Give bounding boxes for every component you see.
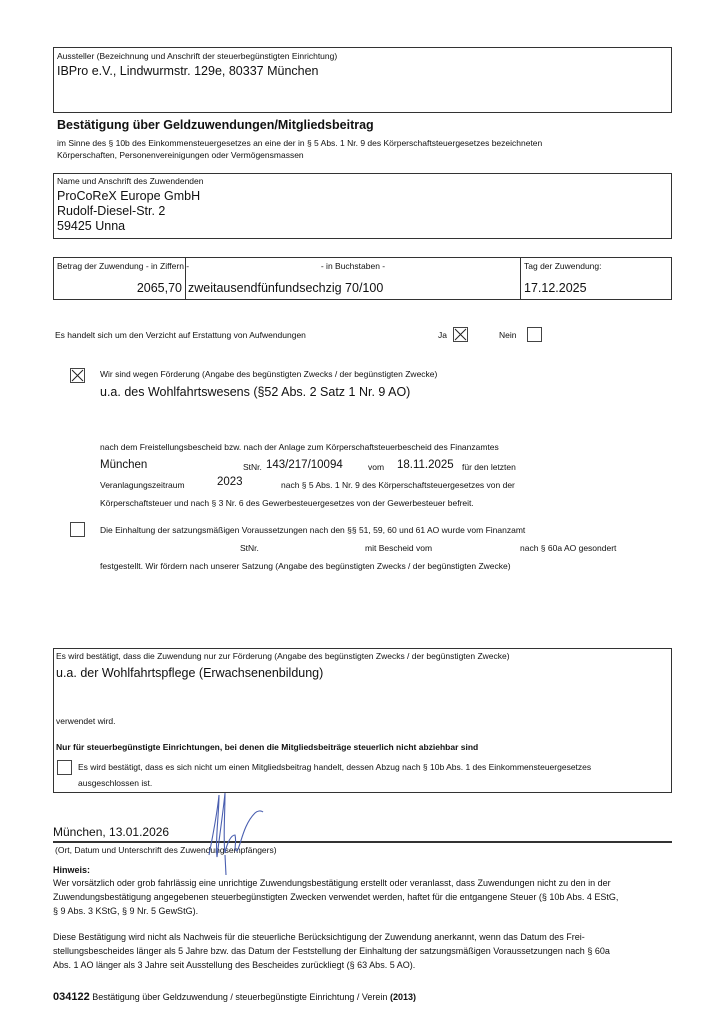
donor-street[interactable]: Rudolf-Diesel-Str. 2 [57, 204, 165, 218]
amount-date-value[interactable]: 17.12.2025 [524, 281, 587, 295]
option1-purpose[interactable]: u.a. des Wohlfahrtswesens (§52 Abs. 2 Sa… [100, 385, 410, 399]
option2-line-c: festgestellt. Wir fördern nach unserer S… [100, 561, 511, 571]
footer-form-number: 034122 [53, 991, 90, 1003]
option1-period-label: Veranlagungszeitraum [100, 480, 185, 490]
amount-digits-label: Betrag der Zuwendung - in Ziffern - [57, 261, 189, 271]
x-mark-icon [454, 328, 467, 341]
notice-para2-line1: Diese Bestätigung wird nicht als Nachwei… [53, 931, 585, 945]
option1-stnr-value[interactable]: 143/217/10094 [266, 459, 343, 471]
waiver-yes-checkbox[interactable] [453, 327, 468, 342]
subtitle-line1: im Sinne des § 10b des Einkommensteuerge… [57, 138, 542, 148]
option1-vom-label: vom [368, 462, 384, 472]
option2-stnr-label: StNr. [240, 543, 259, 553]
amount-words-value[interactable]: zweitausendfünfundsechzig 70/100 [188, 281, 383, 295]
amount-digits-value[interactable]: 2065,70 [57, 281, 182, 295]
option1-label: Wir sind wegen Förderung (Angabe des beg… [100, 369, 437, 379]
option2-bescheid-label: mit Bescheid vom [365, 543, 432, 553]
donor-label: Name und Anschrift des Zuwendenden [57, 176, 203, 186]
x-mark-icon [71, 369, 84, 382]
footer-year: (2013) [390, 992, 416, 1002]
signature-place-date[interactable]: München, 13.01.2026 [53, 825, 169, 839]
membership-heading: Nur für steuerbegünstigte Einrichtungen,… [56, 742, 478, 752]
waiver-no-checkbox[interactable] [527, 327, 542, 342]
membership-checkbox[interactable] [57, 760, 72, 775]
subtitle-line2: Körperschaften, Personenvereinigungen od… [57, 150, 304, 160]
donor-name[interactable]: ProCoReX Europe GmbH [57, 189, 200, 203]
footer-text: Bestätigung über Geldzuwendung / steuerb… [92, 992, 387, 1002]
option1-stnr-label: StNr. [243, 462, 262, 472]
amount-date-label: Tag der Zuwendung: [524, 261, 602, 271]
notice-para2-line2: stellungsbescheides länger als 5 Jahre b… [53, 945, 610, 959]
signature-line [53, 841, 672, 843]
option2-line-a: Die Einhaltung der satzungsmäßigen Vorau… [100, 525, 525, 535]
document-title: Bestätigung über Geldzuwendungen/Mitglie… [57, 118, 374, 132]
footer: 034122 Bestätigung über Geldzuwendung / … [53, 991, 416, 1003]
waiver-no-label: Nein [499, 330, 516, 340]
option1-tax-office[interactable]: München [100, 459, 147, 471]
issuer-value[interactable]: IBPro e.V., Lindwurmstr. 129e, 80337 Mün… [57, 64, 319, 78]
waiver-text: Es handelt sich um den Verzicht auf Erst… [55, 330, 306, 340]
issuer-label: Aussteller (Bezeichnung und Anschrift de… [57, 51, 337, 61]
option1-line-c: Körperschaftsteuer und nach § 3 Nr. 6 de… [100, 498, 474, 508]
membership-line2: ausgeschlossen ist. [78, 778, 152, 788]
option1-fuer-label: für den letzten [462, 462, 516, 472]
notice-para2-line3: Abs. 1 AO länger als 3 Jahre seit Ausste… [53, 959, 415, 973]
notice-para1-line2: Zuwendungsbestätigung angegebenen steuer… [53, 891, 618, 905]
option2-checkbox[interactable] [70, 522, 85, 537]
option1-checkbox[interactable] [70, 368, 85, 383]
option1-vom-value[interactable]: 18.11.2025 [397, 459, 454, 471]
membership-line1: Es wird bestätigt, dass es sich nicht um… [78, 762, 591, 772]
notice-heading: Hinweis: [53, 864, 90, 878]
confirmation-used: verwendet wird. [56, 716, 116, 726]
donor-city[interactable]: 59425 Unna [57, 219, 125, 233]
option1-period-value[interactable]: 2023 [217, 476, 243, 488]
amount-divider-2 [520, 257, 521, 300]
confirmation-label: Es wird bestätigt, dass die Zuwendung nu… [56, 651, 510, 661]
amount-words-label: - in Buchstaben - [186, 261, 520, 271]
notice-para1-line1: Wer vorsätzlich oder grob fahrlässig ein… [53, 877, 611, 891]
notice-para1-line3: § 9 Abs. 3 KStG, § 9 Nr. 5 GewStG). [53, 905, 198, 919]
handwritten-signature [195, 785, 285, 875]
option2-separately-label: nach § 60a AO gesondert [520, 543, 616, 553]
confirmation-purpose[interactable]: u.a. der Wohlfahrtspflege (Erwachsenenbi… [56, 666, 323, 680]
waiver-yes-label: Ja [438, 330, 447, 340]
option1-line-b: nach § 5 Abs. 1 Nr. 9 des Körperschaftst… [281, 480, 515, 490]
option1-line-a: nach dem Freistellungsbescheid bzw. nach… [100, 442, 499, 452]
